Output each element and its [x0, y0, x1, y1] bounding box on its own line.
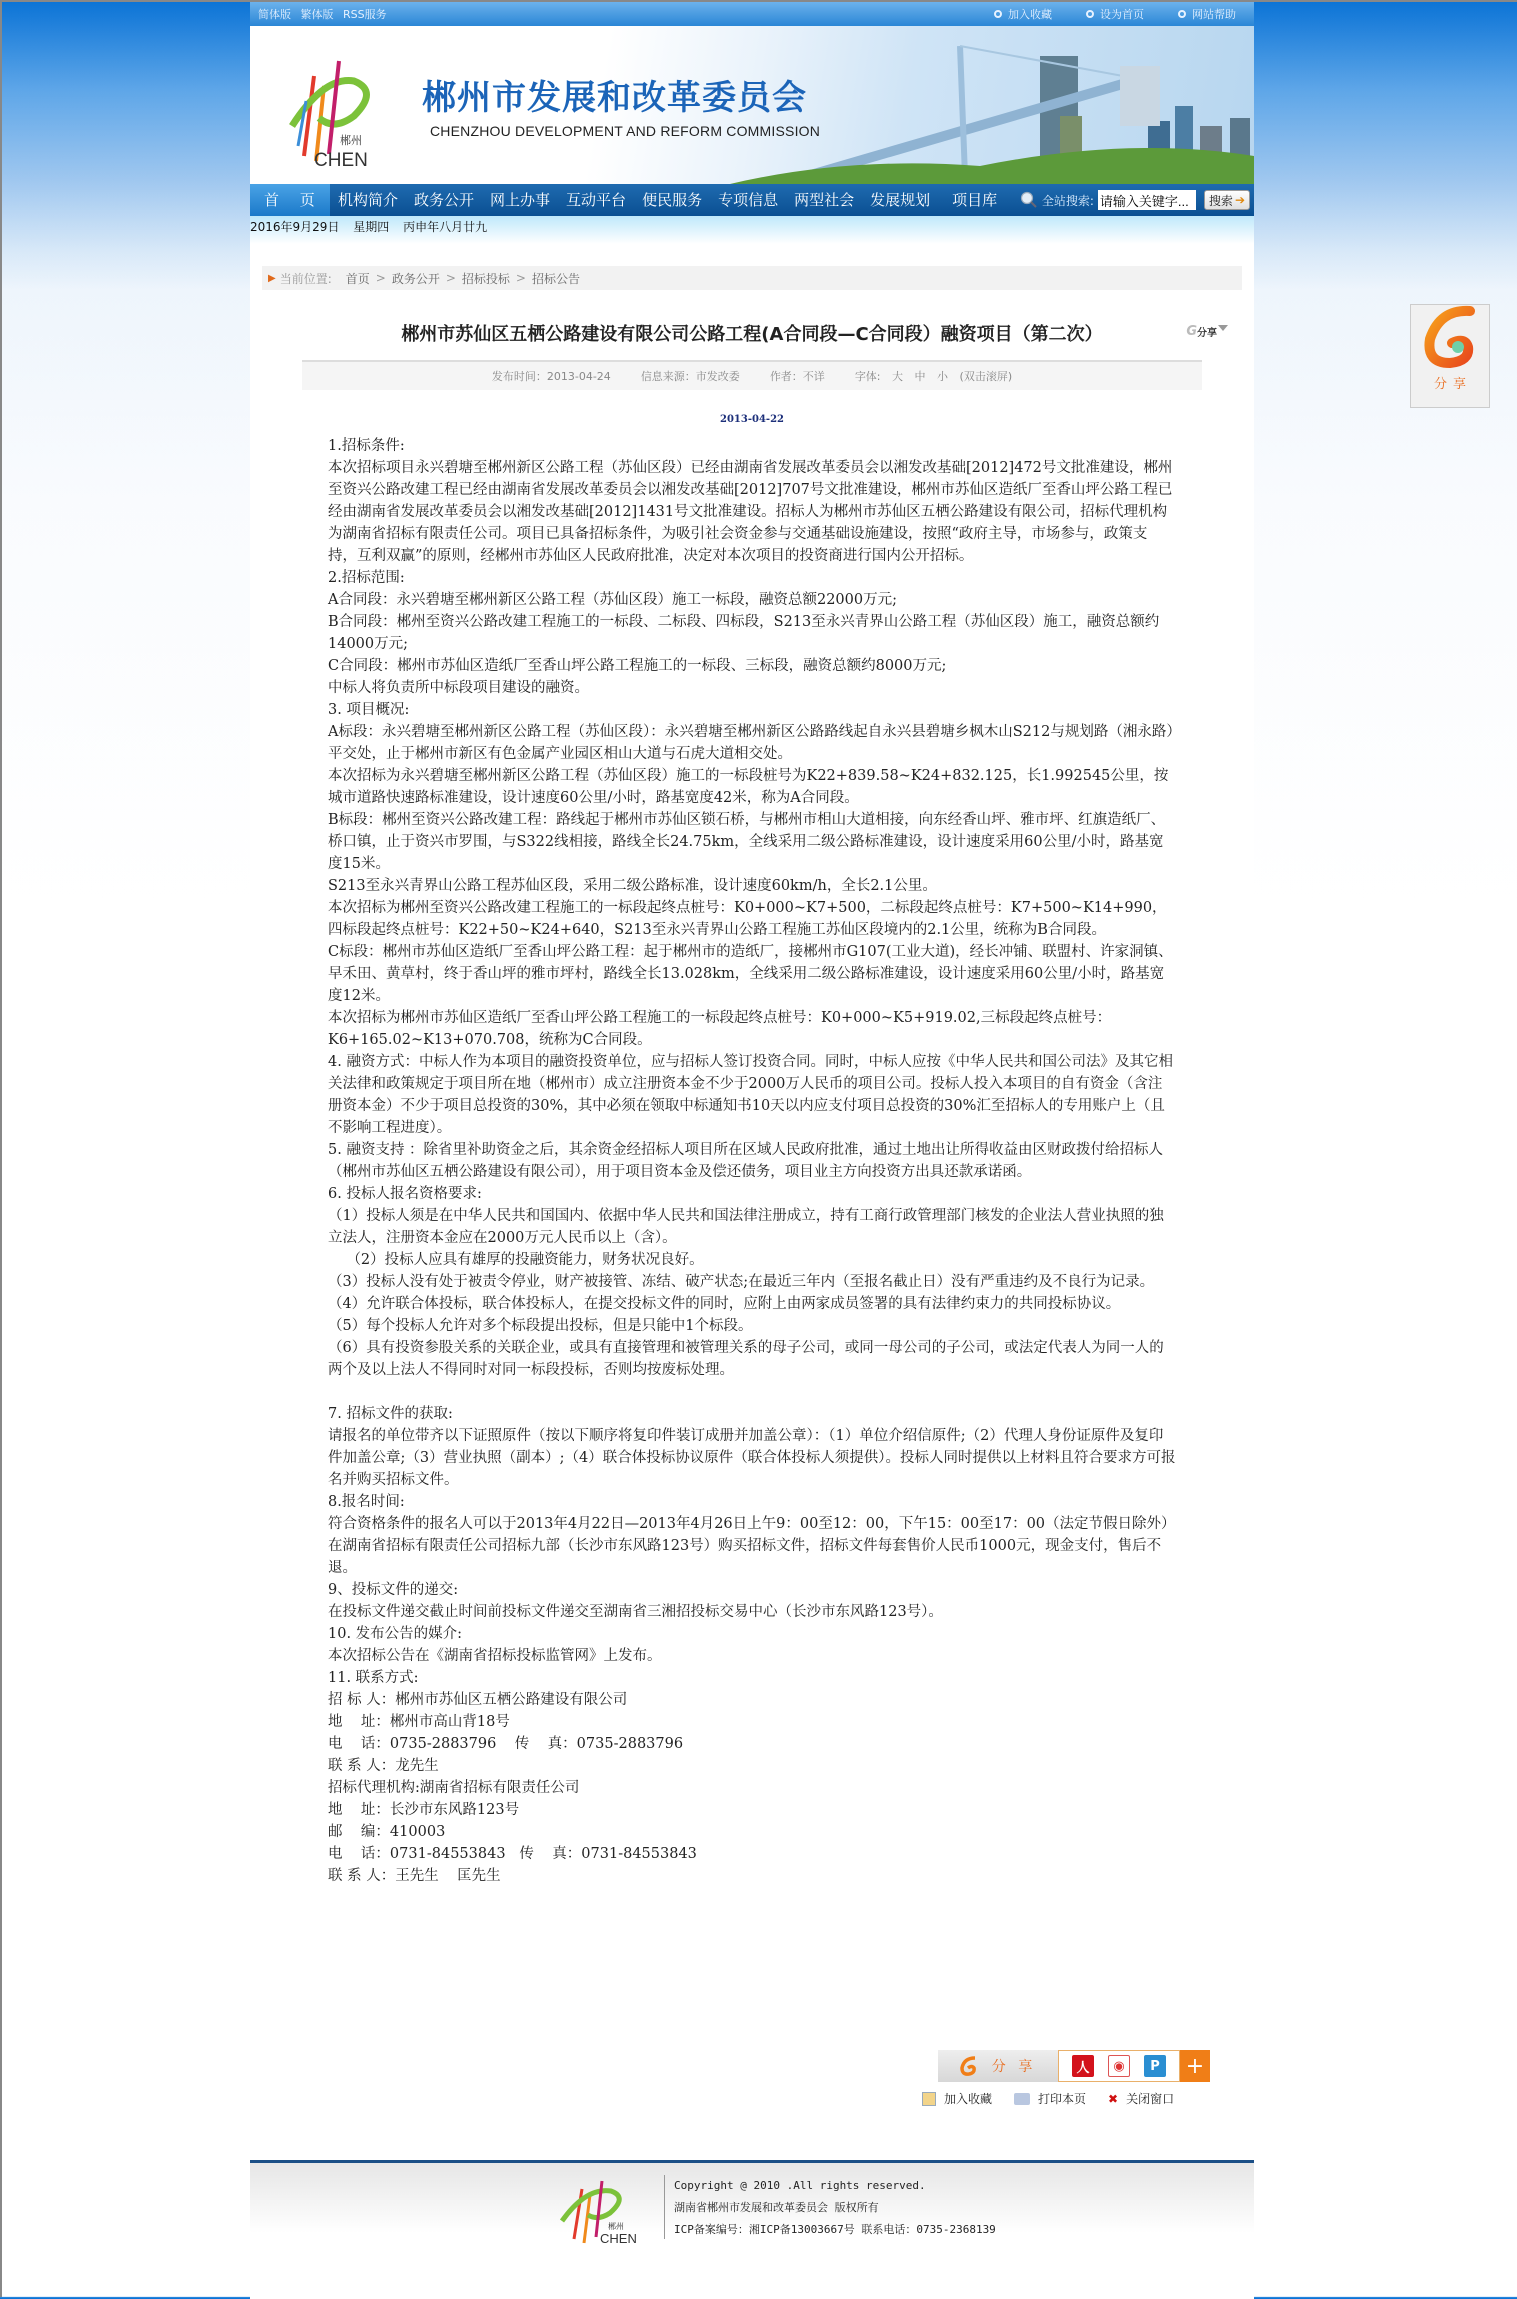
close-window-button[interactable]: ✖ 关闭窗口 — [1108, 2090, 1174, 2107]
article-paragraph: 符合资格条件的报名人可以于2013年4月22日—2013年4月26日上午9：00… — [328, 1513, 1176, 1579]
article-paragraph: 8.报名时间: — [328, 1491, 1176, 1513]
link-rss[interactable]: RSS服务 — [343, 8, 387, 21]
article-paragraph: 招标代理机构:湖南省招标有限责任公司 — [328, 1777, 1176, 1799]
article-paragraph: A合同段：永兴碧塘至郴州新区公路工程（苏仙区段）施工一标段，融资总额22000万… — [328, 589, 1176, 611]
site-banner: 郴州 CHEN 郴州市发展和改革委员会 CHENZHOU DEVELOPMENT… — [250, 26, 1254, 184]
search-input[interactable] — [1098, 190, 1196, 210]
article-title-row: 郴州市苏仙区五栖公路建设有限公司公路工程(A合同段—C合同段）融资项目（第二次）… — [250, 320, 1254, 346]
close-icon: ✖ — [1108, 2092, 1118, 2106]
article-paragraph: 地 址：郴州市高山背18号 — [328, 1711, 1176, 1733]
article-paragraph: 电 话：0735-2883796 传 真：0735-2883796 — [328, 1733, 1176, 1755]
bullet-icon — [994, 10, 1002, 18]
share-icons: 人 ◉ P — [1058, 2050, 1180, 2082]
share-bar-label: 分 享 — [992, 2056, 1036, 2076]
add-favorite-link[interactable]: 加入收藏 — [994, 6, 1052, 22]
article-paragraph: B标段：郴州至资兴公路改建工程：路线起于郴州市苏仙区锁石桥，与郴州市相山大道相接… — [328, 809, 1176, 875]
link-traditional[interactable]: 繁体版 — [301, 8, 334, 21]
article-paragraph: 本次招标为永兴碧塘至郴州新区公路工程（苏仙区段）施工的一标段桩号为K22+839… — [328, 765, 1176, 809]
nav-gov-affairs[interactable]: 政务公开 — [406, 184, 482, 216]
article-paragraph: S213至永兴青界山公路工程苏仙区段，采用二级公路标准，设计速度60km/h，全… — [328, 875, 1176, 897]
icp-info: ICP备案编号：湘ICP备13003667号 联系电话：0735-2368139 — [674, 2219, 996, 2241]
top-strip: 简体版 繁体版 RSS服务 加入收藏 设为首页 网站帮助 — [250, 2, 1254, 26]
article-paragraph: 招 标 人：郴州市苏仙区五栖公路建设有限公司 — [328, 1689, 1176, 1711]
article-paragraph: 地 址：长沙市东风路123号 — [328, 1799, 1176, 1821]
page-tools: 加入收藏 打印本页 ✖ 关闭窗口 — [922, 2090, 1174, 2107]
copyright-owner: 湖南省郴州市发展和改革委员会 版权所有 — [674, 2197, 996, 2219]
chevron-right-icon: > — [516, 271, 526, 285]
article-title: 郴州市苏仙区五栖公路建设有限公司公路工程(A合同段—C合同段）融资项目（第二次） — [401, 324, 1102, 345]
font-size-large[interactable]: 大 — [892, 370, 903, 383]
close-window-label: 关闭窗口 — [1126, 2090, 1174, 2107]
copyright: Copyright @ 2010 .All rights reserved. — [674, 2175, 996, 2197]
set-homepage-link[interactable]: 设为首页 — [1086, 6, 1144, 22]
search-label: 全站搜索: — [1042, 192, 1094, 209]
svg-text:郴州: 郴州 — [608, 2221, 624, 2231]
tencent-icon[interactable]: P — [1144, 2055, 1166, 2077]
breadcrumb-label: 当前位置: — [280, 270, 332, 287]
dropdown-arrow-icon — [1218, 325, 1228, 331]
favorite-icon — [922, 2092, 936, 2106]
nav-online-services[interactable]: 网上办事 — [482, 184, 558, 216]
article-paragraph: 中标人将负责所中标段项目建设的融资。 — [328, 677, 1176, 699]
article-paragraph: 邮 编：410003 — [328, 1821, 1176, 1843]
nav-public-services[interactable]: 便民服务 — [634, 184, 710, 216]
set-homepage-label: 设为首页 — [1100, 6, 1144, 22]
breadcrumb-home[interactable]: 首页 — [346, 270, 370, 287]
article-date: 2013-04-22 — [250, 414, 1254, 425]
article-paragraph: （6）具有投资参股关系的关联企业，或具有直接管理和被管理关系的母子公司，或同一母… — [328, 1337, 1176, 1381]
author: 作者：不详 — [770, 368, 825, 384]
article-paragraph: （5）每个投标人允许对多个标段提出投标，但是只能中1个标段。 — [328, 1315, 1176, 1337]
svg-text:CHEN: CHEN — [600, 2231, 637, 2246]
article-paragraph: 3. 项目概况: — [328, 699, 1176, 721]
article-paragraph: C标段：郴州市苏仙区造纸厂至香山坪公路工程：起于郴州市的造纸厂，接郴州市G107… — [328, 941, 1176, 1007]
site-help-label: 网站帮助 — [1192, 6, 1236, 22]
printer-icon — [1014, 2093, 1030, 2105]
arrow-right-icon: ➔ — [1235, 193, 1245, 207]
share-dropdown[interactable]: G 分享 — [1186, 324, 1228, 339]
current-date: 2016年9月29日 — [250, 220, 339, 234]
article-paragraph: （4）允许联合体投标，联合体投标人，在提交投标文件的同时，应附上由两家成员签署的… — [328, 1293, 1176, 1315]
article-paragraph: 10. 发布公告的媒介: — [328, 1623, 1176, 1645]
font-size-small[interactable]: 小 — [937, 370, 948, 383]
publish-time: 发布时间：2013-04-24 — [492, 368, 611, 384]
site-search: 全站搜索: 搜索 ➔ — [1020, 190, 1254, 210]
article-paragraph: 联 系 人：龙先生 — [328, 1755, 1176, 1777]
article-paragraph: 本次招标项目永兴碧塘至郴州新区公路工程（苏仙区段）已经由湖南省发展改革委员会以湘… — [328, 457, 1176, 567]
breadcrumb-arrow-icon: ▶ — [268, 273, 276, 284]
search-button[interactable]: 搜索 ➔ — [1204, 190, 1250, 210]
svg-text:郴州: 郴州 — [340, 133, 362, 147]
footer: 郴州 CHEN Copyright @ 2010 .All rights res… — [250, 2160, 1254, 2299]
nav-interaction[interactable]: 互动平台 — [558, 184, 634, 216]
article-paragraph: A标段：永兴碧塘至郴州新区公路工程（苏仙区段）：永兴碧塘至郴州新区公路路线起自永… — [328, 721, 1176, 765]
nav-two-oriented-society[interactable]: 两型社会 — [786, 184, 862, 216]
bullet-icon — [1086, 10, 1094, 18]
footer-text: Copyright @ 2010 .All rights reserved. 湖… — [674, 2175, 996, 2241]
share-bar: 分 享 人 ◉ P + — [938, 2050, 1210, 2082]
site-help-link[interactable]: 网站帮助 — [1178, 6, 1236, 22]
breadcrumb: ▶ 当前位置: 首页 > 政务公开 > 招标投标 > 招标公告 — [262, 266, 1242, 290]
print-button[interactable]: 打印本页 — [1014, 2090, 1086, 2107]
crane-skyline-image — [730, 26, 1254, 184]
article-paragraph: （1）投标人须是在中华人民共和国国内、依据中华人民共和国法律注册成立，持有工商行… — [328, 1205, 1176, 1249]
page-container: 简体版 繁体版 RSS服务 加入收藏 设为首页 网站帮助 郴州 CHEN 郴州市… — [250, 2, 1254, 2299]
article-paragraph: C合同段：郴州市苏仙区造纸厂至香山坪公路工程施工的一标段、三标段，融资总额约80… — [328, 655, 1176, 677]
article-paragraph: 本次招标公告在《湖南省招标投标监管网》上发布。 — [328, 1645, 1176, 1667]
chen-logo-icon: 郴州 CHEN — [284, 56, 374, 174]
link-simplified[interactable]: 简体版 — [258, 8, 291, 21]
main-nav: 首 页 机构简介 政务公开 网上办事 互动平台 便民服务 专项信息 两型社会 发… — [250, 184, 1254, 216]
print-label: 打印本页 — [1038, 2090, 1086, 2107]
breadcrumb-bidding[interactable]: 招标投标 — [462, 270, 510, 287]
nav-special-info[interactable]: 专项信息 — [710, 184, 786, 216]
lunar-date: 丙申年八月廿九 — [403, 220, 487, 234]
search-button-label: 搜索 — [1209, 192, 1233, 209]
article-body: 1.招标条件:本次招标项目永兴碧塘至郴州新区公路工程（苏仙区段）已经由湖南省发展… — [328, 435, 1176, 1887]
nav-project-library[interactable]: 项目库 — [938, 184, 1005, 216]
current-weekday: 星期四 — [353, 220, 389, 234]
share-logo-icon — [1420, 305, 1480, 369]
article-meta: 发布时间：2013-04-24 信息来源：市发改委 作者：不详 字体: 大 中 … — [302, 360, 1202, 390]
article-paragraph: （3）投标人没有处于被责令停业，财产被接管、冻结、破产状态;在最近三年内（至报名… — [328, 1271, 1176, 1293]
floating-share-button[interactable]: 分享 — [1410, 304, 1490, 408]
article-paragraph: 4. 融资方式：中标人作为本项目的融资投资单位，应与招标人签订投资合同。同时，中… — [328, 1051, 1176, 1139]
add-favorite-label: 加入收藏 — [1008, 6, 1052, 22]
renren-icon[interactable]: 人 — [1072, 2055, 1094, 2077]
article-paragraph: B合同段：郴州至资兴公路改建工程施工的一标段、二标段、四标段，S213至永兴青界… — [328, 611, 1176, 655]
date-bar: 2016年9月29日 星期四 丙申年八月廿九 — [250, 216, 1254, 244]
weibo-icon[interactable]: ◉ — [1108, 2055, 1130, 2077]
article-paragraph: 9、投标文件的递交: — [328, 1579, 1176, 1601]
article-paragraph: 6. 投标人报名资格要求: — [328, 1183, 1176, 1205]
floating-share-label: 分享 — [1428, 373, 1472, 392]
search-icon — [1020, 191, 1038, 209]
article-paragraph: 联 系 人：王先生 匡先生 — [328, 1865, 1176, 1887]
share-more-button[interactable]: + — [1180, 2050, 1210, 2082]
breadcrumb-bid-notice[interactable]: 招标公告 — [532, 270, 580, 287]
article-paragraph — [328, 1381, 1176, 1403]
nav-home[interactable]: 首 页 — [250, 184, 330, 216]
article-paragraph: 本次招标为郴州至资兴公路改建工程施工的一标段起终点桩号：K0+000~K7+50… — [328, 897, 1176, 941]
article-paragraph: 本次招标为郴州市苏仙区造纸厂至香山坪公路工程施工的一标段起终点桩号：K0+000… — [328, 1007, 1176, 1051]
share-dropdown-label: 分享 — [1197, 324, 1217, 339]
article-paragraph: 电 话：0731-84553843 传 真：0731-84553843 — [328, 1843, 1176, 1865]
article-paragraph: （2）投标人应具有雄厚的投融资能力，财务状况良好。 — [328, 1249, 1176, 1271]
nav-development-planning[interactable]: 发展规划 — [862, 184, 938, 216]
font-size-label: 字体: — [855, 370, 881, 383]
article-paragraph: 1.招标条件: — [328, 435, 1176, 457]
add-favorite-button[interactable]: 加入收藏 — [922, 2090, 992, 2107]
chevron-right-icon: > — [446, 271, 456, 285]
article-paragraph: 5. 融资支持 ：除省里补助资金之后，其余资金经招标人项目所在区域人民政府批准，… — [328, 1139, 1176, 1183]
share-logo-icon — [960, 2056, 978, 2076]
article-paragraph: 7. 招标文件的获取: — [328, 1403, 1176, 1425]
svg-text:CHEN: CHEN — [314, 150, 368, 171]
font-size-controls: 字体: 大 中 小 (双击滚屏) — [855, 368, 1012, 384]
nav-about[interactable]: 机构简介 — [330, 184, 406, 216]
article-paragraph: 2.招标范围: — [328, 567, 1176, 589]
add-favorite-label: 加入收藏 — [944, 2090, 992, 2107]
font-size-medium[interactable]: 中 — [915, 370, 926, 383]
footer-divider — [664, 2175, 665, 2239]
article-paragraph: 请报名的单位带齐以下证照原件（按以下顺序将复印件装订成册并加盖公章）：（1）单位… — [328, 1425, 1176, 1491]
article-paragraph: 在投标文件递交截止时间前投标文件递交至湖南省三湘招投标交易中心（长沙市东风路12… — [328, 1601, 1176, 1623]
breadcrumb-gov-affairs[interactable]: 政务公开 — [392, 270, 440, 287]
info-source: 信息来源：市发改委 — [641, 368, 740, 384]
share-bar-button[interactable]: 分 享 — [938, 2050, 1058, 2082]
chevron-right-icon: > — [376, 271, 386, 285]
bullet-icon — [1178, 10, 1186, 18]
article-paragraph: 11. 联系方式: — [328, 1667, 1176, 1689]
scroll-hint: (双击滚屏) — [960, 370, 1013, 383]
share-logo-icon: G — [1186, 324, 1197, 339]
footer-logo-icon: 郴州 CHEN — [556, 2177, 652, 2247]
